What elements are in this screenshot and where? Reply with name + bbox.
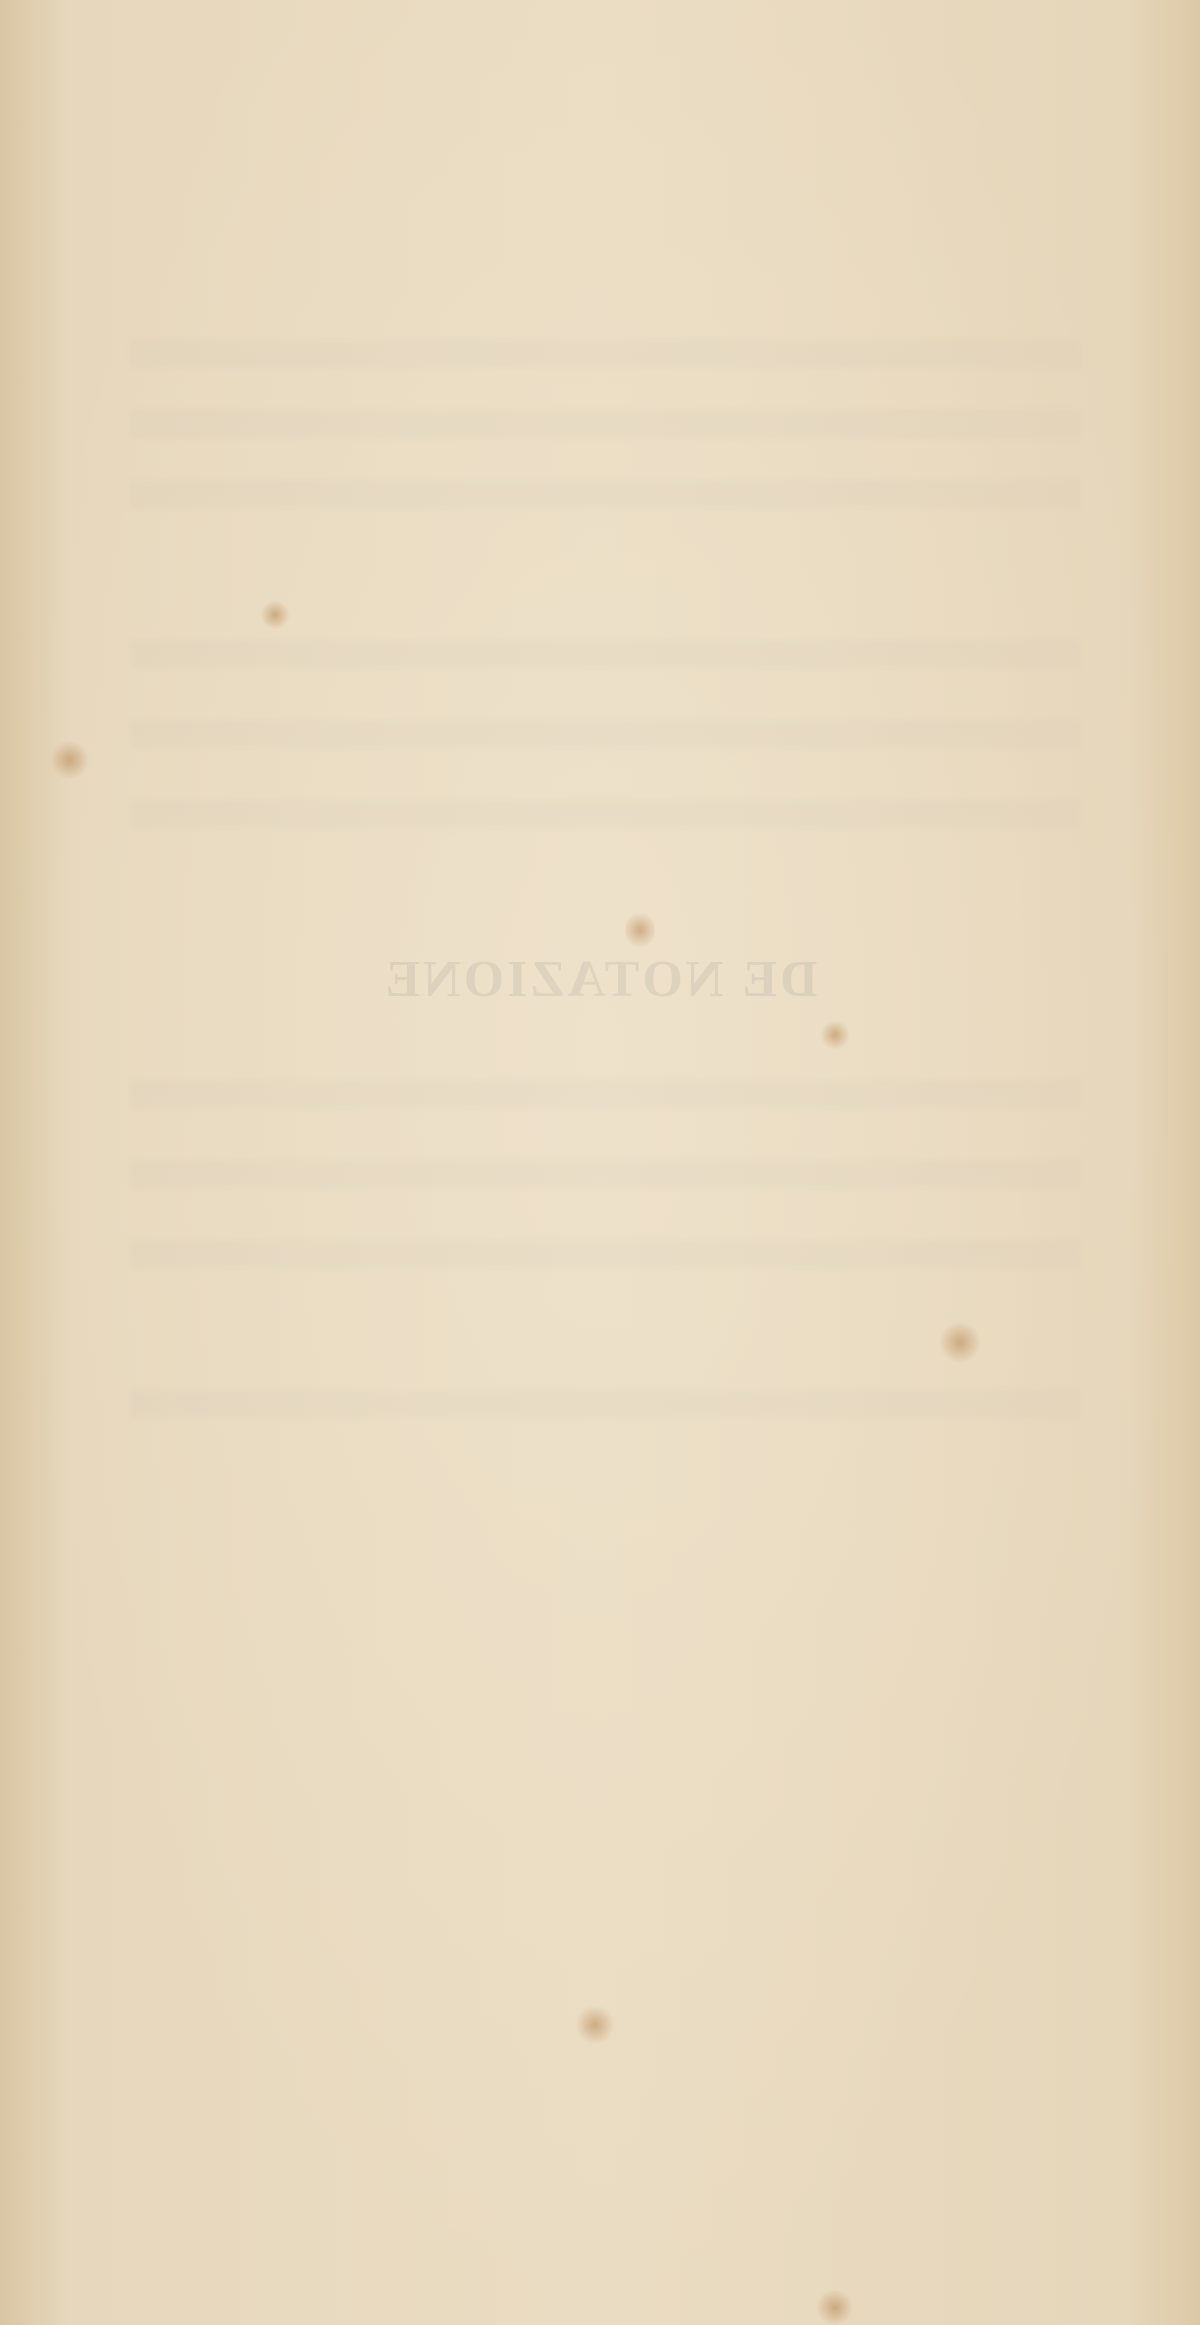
blank-book-page: DE NOTAZIONE	[0, 0, 1200, 2325]
foxing-spot	[575, 2005, 615, 2045]
foxing-spot	[260, 600, 290, 630]
show-through-line	[130, 800, 1080, 828]
foxing-spot	[940, 1320, 980, 1365]
show-through-line	[130, 340, 1080, 368]
show-through-line	[130, 1160, 1080, 1188]
show-through-line	[130, 640, 1080, 668]
foxing-spot	[50, 740, 90, 780]
show-through-line	[130, 1240, 1080, 1268]
show-through-line	[130, 410, 1080, 438]
foxing-spot	[625, 910, 655, 950]
foxing-spot	[820, 1020, 850, 1050]
show-through-line	[130, 720, 1080, 748]
show-through-line	[130, 1390, 1080, 1418]
mirrored-show-through-heading: DE NOTAZIONE	[0, 950, 1200, 1009]
show-through-line	[130, 480, 1080, 508]
foxing-spot	[815, 2290, 855, 2325]
show-through-line	[130, 1080, 1080, 1108]
